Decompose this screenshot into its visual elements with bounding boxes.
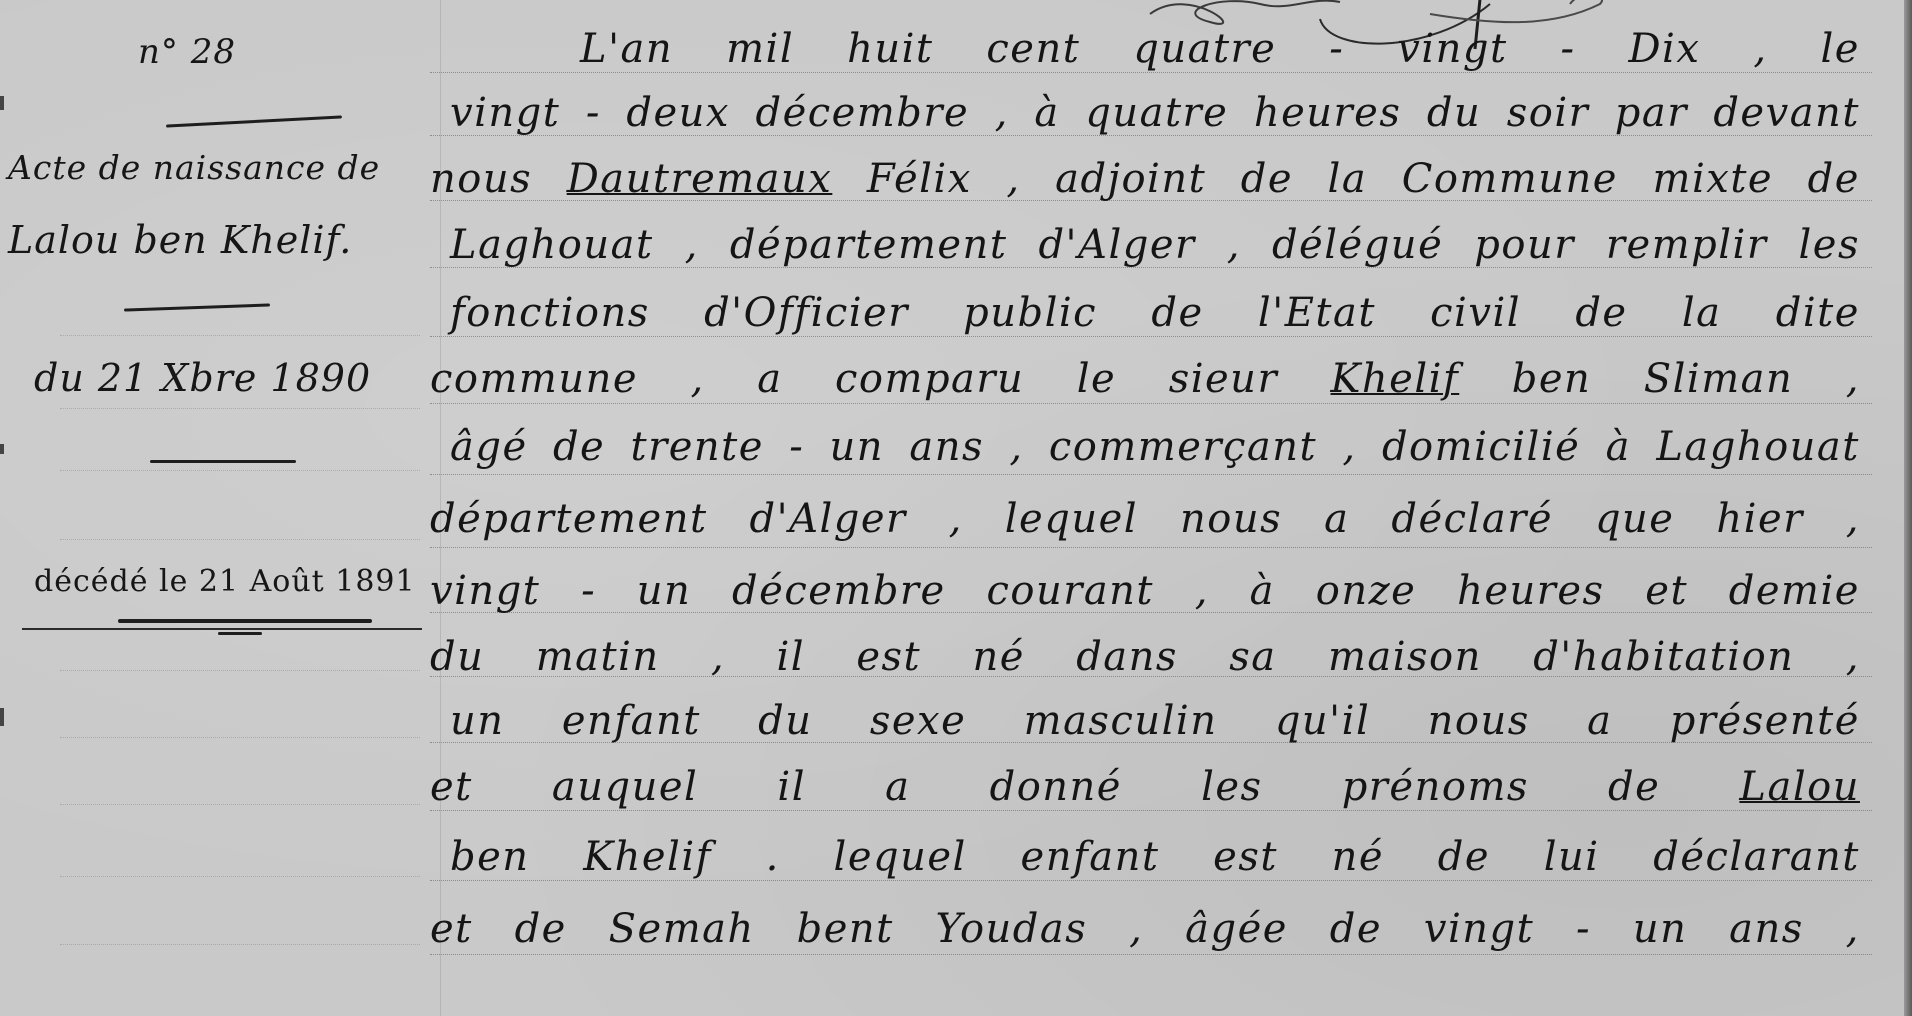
word: né — [1332, 834, 1384, 880]
word: a — [1324, 496, 1349, 542]
margin-end-mark — [218, 632, 262, 635]
word: de — [1575, 290, 1627, 336]
word: âgée — [1185, 906, 1288, 952]
word: décembre — [732, 568, 946, 614]
body-line-13: ben Khelif . lequel enfant est né de lui… — [430, 834, 1870, 880]
word: onze — [1316, 568, 1417, 614]
occupation: commerçant — [1049, 424, 1317, 470]
word: de — [1330, 906, 1382, 952]
officer-firstname: Félix — [867, 156, 972, 202]
word: domicilié — [1382, 424, 1580, 470]
word: demie — [1729, 568, 1860, 614]
body-line-7: âgé de trente - un ans , commerçant , do… — [430, 424, 1870, 470]
word: cent — [986, 26, 1080, 72]
word: deux — [626, 90, 730, 136]
word: un — [1633, 906, 1688, 952]
word: vingt — [430, 568, 540, 614]
word: de — [1241, 156, 1293, 202]
word: , — [1006, 156, 1020, 202]
body-line-3: nous Dautremaux Félix , adjoint de la Co… — [430, 156, 1870, 202]
mother-name: Semah — [609, 906, 755, 952]
word: civil — [1430, 290, 1521, 336]
word: soir — [1507, 90, 1590, 136]
page-edge — [1904, 0, 1912, 1016]
word: nous — [430, 156, 532, 202]
word: masculin — [1024, 698, 1218, 744]
father-name: Khelif — [1331, 356, 1460, 402]
word: , — [691, 356, 705, 402]
word: mixte — [1653, 156, 1774, 202]
word: lequel — [1005, 496, 1138, 542]
body-line-10: du matin , il est né dans sa maison d'ha… — [430, 634, 1870, 680]
document-page: n° 28 Acte de naissance de Lalou ben Khe… — [0, 0, 1912, 1016]
word: fonctions — [450, 290, 650, 336]
officer-surname: Dautremaux — [567, 156, 833, 202]
word: adjoint — [1055, 156, 1206, 202]
word: âgé — [450, 424, 528, 470]
word: il — [777, 764, 806, 810]
word: à — [1034, 90, 1059, 136]
word: sexe — [870, 698, 966, 744]
word: a — [757, 356, 782, 402]
word: délégué — [1272, 222, 1443, 268]
word: ans — [909, 424, 984, 470]
word: mil — [726, 26, 794, 72]
word: d'habitation — [1533, 634, 1794, 680]
word: d'Alger — [1038, 222, 1195, 268]
word: et — [430, 764, 473, 810]
word: , — [1846, 634, 1860, 680]
body-line-1: L'an mil huit cent quatre - vingt - Dix … — [430, 26, 1870, 72]
word: sa — [1229, 634, 1276, 680]
word: - — [789, 424, 804, 470]
word: d'Alger — [749, 496, 906, 542]
word: ans — [1729, 906, 1804, 952]
body-line-4: Laghouat , département d'Alger , délégué… — [430, 222, 1870, 268]
word: l'Etat — [1258, 290, 1376, 336]
body-line-8: département d'Alger , lequel nous a décl… — [430, 496, 1870, 542]
body-line-2: vingt - deux décembre , à quatre heures … — [430, 90, 1870, 136]
word: prénoms — [1342, 764, 1529, 810]
word: courant — [986, 568, 1154, 614]
word: de — [1808, 156, 1860, 202]
word: du — [1427, 90, 1481, 136]
word: un — [830, 424, 885, 470]
word: de — [1608, 764, 1660, 810]
word: Dix — [1628, 26, 1700, 72]
word: à — [1250, 568, 1275, 614]
word: sieur — [1169, 356, 1278, 402]
word: et — [1645, 568, 1688, 614]
word: - — [581, 568, 596, 614]
word: dans — [1076, 634, 1178, 680]
word: de — [1151, 290, 1203, 336]
word: de — [1438, 834, 1490, 880]
word: - — [586, 90, 601, 136]
word: bent — [797, 906, 894, 952]
word: présenté — [1670, 698, 1860, 744]
word: comparu — [835, 356, 1024, 402]
word: maison — [1328, 634, 1482, 680]
word: , — [1846, 496, 1860, 542]
word: , — [1227, 222, 1241, 268]
entry-number: n° 28 — [138, 32, 236, 72]
word: le — [1820, 26, 1859, 72]
place-name: Laghouat — [450, 222, 654, 268]
word: , — [1846, 356, 1860, 402]
word: heures — [1457, 568, 1605, 614]
word: L'an — [580, 26, 673, 72]
word: que — [1595, 496, 1675, 542]
act-body: L'an mil huit cent quatre - vingt - Dix … — [430, 0, 1870, 1016]
word: le — [1077, 356, 1116, 402]
word: , — [1009, 424, 1023, 470]
word: département — [430, 496, 708, 542]
death-note-underline — [118, 619, 372, 623]
word: heures — [1254, 90, 1402, 136]
word: par — [1615, 90, 1688, 136]
word: , — [949, 496, 963, 542]
word: la — [1682, 290, 1722, 336]
word: un — [450, 698, 505, 744]
word: nous — [1180, 496, 1282, 542]
word: , — [1753, 26, 1767, 72]
word: . — [766, 834, 780, 880]
word: de — [553, 424, 605, 470]
word: département — [730, 222, 1008, 268]
word: huit — [847, 26, 933, 72]
word: hier — [1716, 496, 1803, 542]
word: déclarant — [1653, 834, 1860, 880]
word: quatre — [1133, 26, 1276, 72]
word: , — [1129, 906, 1143, 952]
word: est — [1213, 834, 1278, 880]
child-surname: Khelif — [583, 834, 712, 880]
word: lequel — [834, 834, 967, 880]
word: quatre — [1085, 90, 1228, 136]
word: , — [711, 634, 725, 680]
word: Commune — [1402, 156, 1618, 202]
word: nous — [1428, 698, 1530, 744]
word: trente — [631, 424, 764, 470]
word: devant — [1713, 90, 1860, 136]
act-date: du 21 Xbre 1890 — [34, 356, 371, 400]
margin-separator-stroke — [150, 460, 296, 463]
father-surname: Sliman — [1644, 356, 1794, 402]
word: né — [972, 634, 1024, 680]
word: , — [1342, 424, 1356, 470]
body-line-14: et de Semah bent Youdas , âgée de vingt … — [430, 906, 1870, 952]
word: enfant — [1021, 834, 1160, 880]
word: la — [1328, 156, 1368, 202]
child-name-margin: Lalou ben Khelif. — [8, 218, 352, 262]
word: et — [430, 906, 473, 952]
word: matin — [536, 634, 660, 680]
word: ben — [1512, 356, 1592, 402]
word: de — [515, 906, 567, 952]
word: a — [1587, 698, 1612, 744]
body-line-11: un enfant du sexe masculin qu'il nous a … — [430, 698, 1870, 744]
body-line-5: fonctions d'Officier public de l'Etat ci… — [430, 290, 1870, 336]
word: à — [1606, 424, 1631, 470]
child-given-name: Lalou — [1739, 764, 1860, 810]
word: - — [1576, 906, 1591, 952]
word: commune — [430, 356, 638, 402]
word: , — [1846, 906, 1860, 952]
death-annotation: décédé le 21 Août 1891 — [34, 564, 416, 599]
word: , — [995, 90, 1009, 136]
word: remplir — [1606, 222, 1768, 268]
word: auquel — [552, 764, 698, 810]
act-title: Acte de naissance de — [8, 148, 380, 187]
word: dite — [1776, 290, 1860, 336]
word: vingt — [1424, 906, 1534, 952]
word: , — [1195, 568, 1209, 614]
margin-column: n° 28 Acte de naissance de Lalou ben Khe… — [0, 0, 430, 1016]
body-line-6: commune , a comparu le sieur Khelif ben … — [430, 356, 1870, 402]
mother-surname: Youdas — [936, 906, 1088, 952]
word: les — [1799, 222, 1861, 268]
body-line-12: et auquel il a donné les prénoms de Lalo… — [430, 764, 1870, 810]
word: qu'il — [1275, 698, 1370, 744]
word: , — [685, 222, 699, 268]
margin-end-rule — [22, 628, 422, 630]
body-line-9: vingt - un décembre courant , à onze heu… — [430, 568, 1870, 614]
word: déclaré — [1391, 496, 1553, 542]
word: décembre — [755, 90, 969, 136]
word: donné — [990, 764, 1122, 810]
word: enfant — [562, 698, 701, 744]
word: lui — [1544, 834, 1600, 880]
word: un — [637, 568, 692, 614]
word: ben — [450, 834, 530, 880]
word: il — [776, 634, 805, 680]
place-name: Laghouat — [1656, 424, 1860, 470]
word: vingt — [450, 90, 560, 136]
word: d'Officier — [704, 290, 909, 336]
word: - — [1561, 26, 1576, 72]
word: les — [1201, 764, 1263, 810]
word: - — [1329, 26, 1344, 72]
word: public — [963, 290, 1097, 336]
word: du — [430, 634, 484, 680]
word: du — [758, 698, 812, 744]
word: est — [856, 634, 921, 680]
word: vingt — [1397, 26, 1507, 72]
margin-separator-stroke — [124, 303, 270, 311]
margin-separator-stroke — [166, 115, 342, 127]
word: a — [885, 764, 910, 810]
word: pour — [1474, 222, 1575, 268]
